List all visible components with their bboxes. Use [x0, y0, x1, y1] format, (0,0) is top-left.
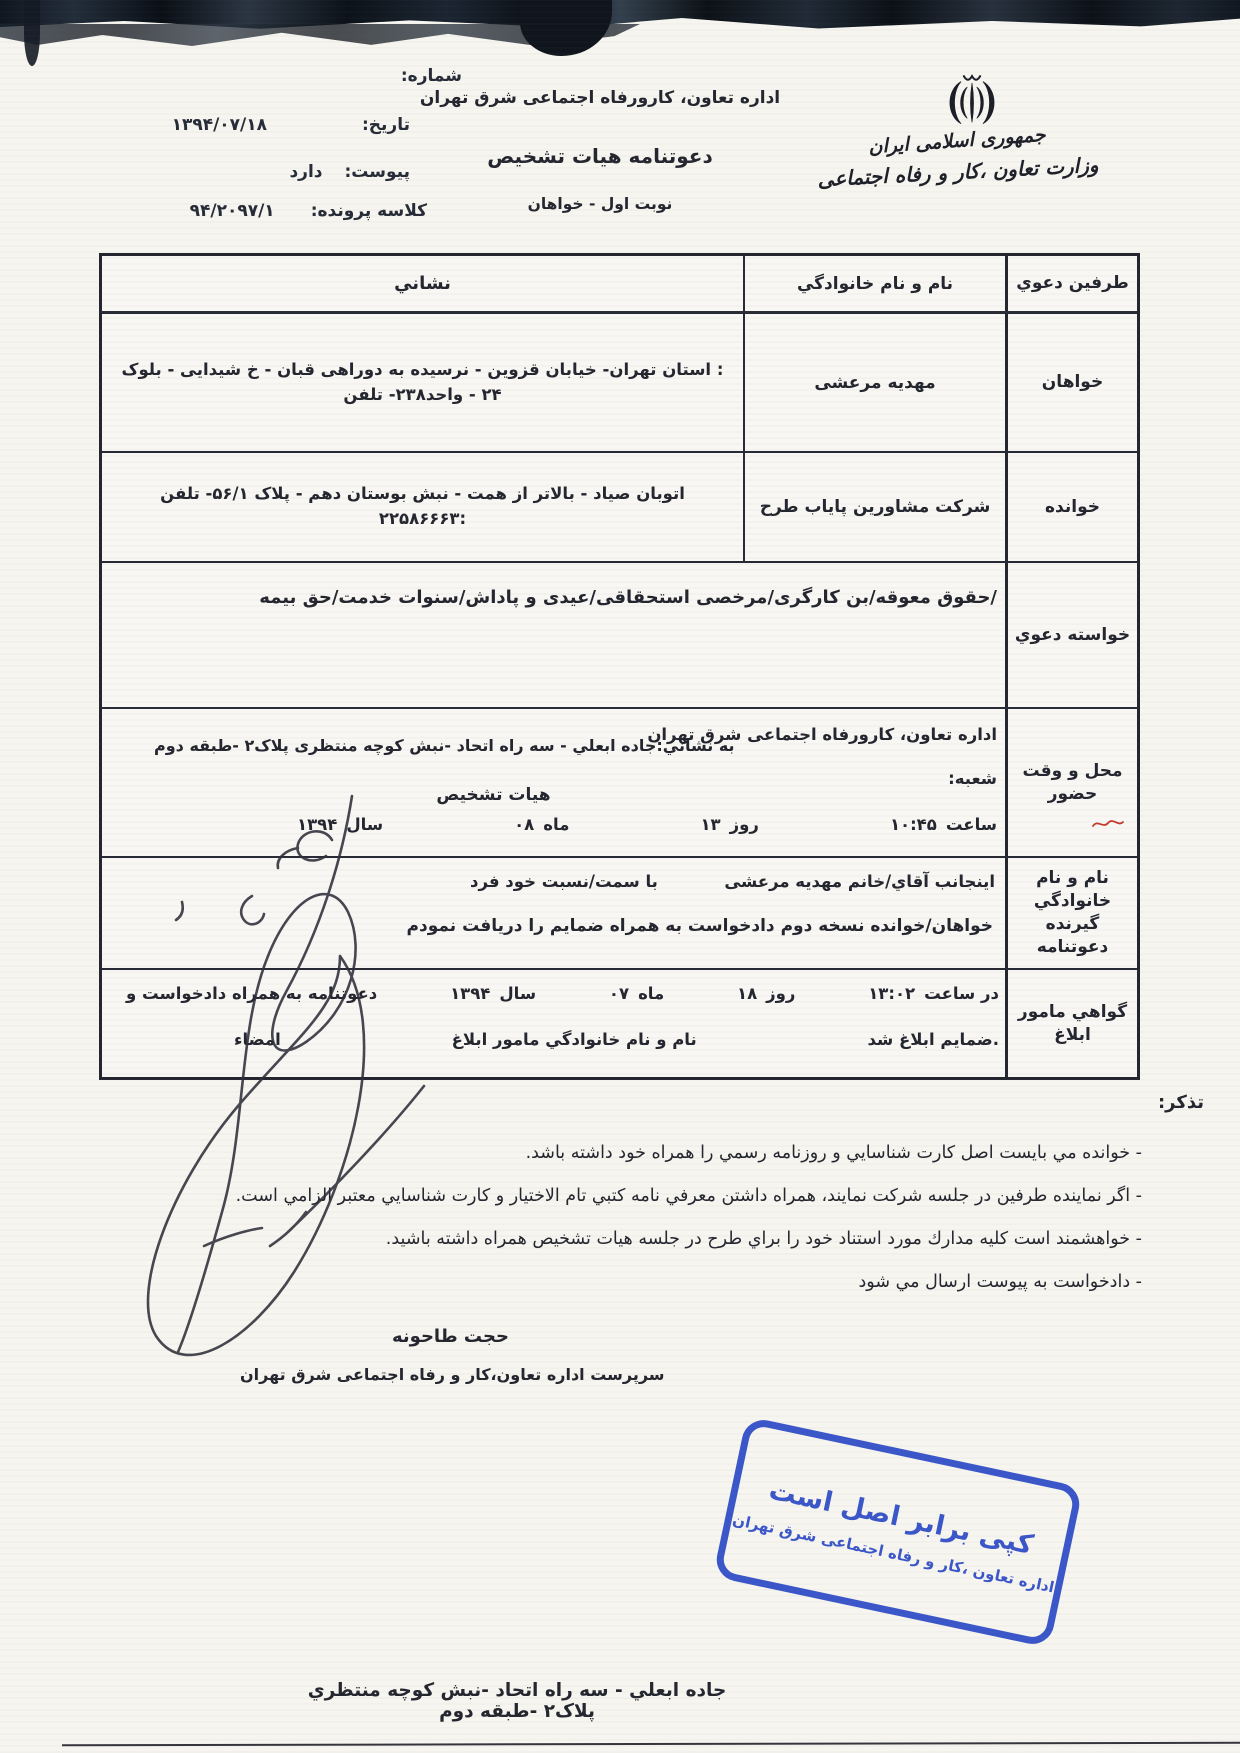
doc-date-label: تاریخ:	[362, 115, 410, 135]
session-day-value: ۱۳	[700, 815, 720, 834]
officer-month-label: ماه	[638, 984, 664, 1003]
doc-date-field: تاریخ: ۱۳۹۴/۰۷/۱۸	[172, 115, 410, 135]
session-month-label: ماه	[543, 815, 569, 834]
receiver-row-label: نام و نام خانوادگي گيرنده دعوتنامه	[1005, 858, 1137, 968]
session-day-label: روز	[730, 815, 759, 834]
note-item: - خواهشمند است کليه مدارك مورد استناد خو…	[82, 1226, 1142, 1253]
officer-year-label: سال	[499, 984, 536, 1003]
officer-row-content: در ساعت ۱۳:۰۲ روز ۱۸ ماه ۰۷ سال ۱۳۹۴	[102, 970, 1005, 1077]
session-year-label: سال	[346, 815, 383, 834]
doc-date-value: ۱۳۹۴/۰۷/۱۸	[172, 115, 267, 135]
claim-row-content: /حقوق معوقه/بن کارگری/مرخصی استحقاقی/عید…	[102, 563, 1005, 707]
receiver-row-content: اینجانب آقاي/خانم مهدیه مرعشی با سمت/نسب…	[102, 858, 1005, 968]
officer-time-value: ۱۳:۰۲	[868, 984, 915, 1003]
officer-name-caption: نام و نام خانوادگي مامور ابلاغ	[452, 1030, 697, 1049]
officer-time-pair: در ساعت ۱۳:۰۲	[868, 984, 999, 1003]
claimant-row-content: مهدیه مرعشی : استان تهران- خیابان قزوین …	[102, 314, 1005, 451]
session-row-content: اداره تعاون، کارورفاه اجتماعی شرق تهران …	[102, 709, 1005, 856]
note-item: - اگر نماينده طرفين در جلسه شرکت نمايند،…	[82, 1183, 1142, 1210]
summons-table: طرفین دعوي نام و نام خانوادگي نشاني خواه…	[99, 253, 1140, 1080]
scanned-document-page: شماره: تاریخ: ۱۳۹۴/۰۷/۱۸ پیوست: دارد کلا…	[0, 0, 1240, 1753]
respondent-row-content: شرکت مشاورین پایاب طرح اتوبان صیاد - بال…	[102, 453, 1005, 561]
claim-row-label: خواسته دعوي	[1005, 563, 1137, 707]
respondent-address: اتوبان صیاد - بالاتر از همت - نبش بوستان…	[102, 453, 743, 561]
doc-case-field: کلاسه پرونده: ۹۴/۲۰۹۷/۱	[190, 201, 427, 221]
notes-heading: تذکر:	[1158, 1092, 1204, 1113]
officer-month-pair: ماه ۰۷	[609, 984, 664, 1003]
receiver-role-phrase: با سمت/نسبت خود فرد	[470, 872, 658, 891]
session-month-pair: ماه ۰۸	[514, 815, 569, 834]
officer-row-label: گواهي مامور ابلاغ	[1005, 970, 1137, 1077]
issuing-office-line: اداره تعاون، کارورفاه اجتماعی شرق تهران	[398, 88, 802, 108]
respondent-row: خوانده شرکت مشاورین پایاب طرح اتوبان صیا…	[102, 451, 1137, 561]
notes-list: - خوانده مي بايست اصل کارت شناسايي و روز…	[82, 1140, 1142, 1297]
officer-month-value: ۰۷	[609, 984, 629, 1003]
session-datetime-line: ساعت ۱۰:۴۵ روز ۱۳ ماه ۰۸ سال ۱۳۹۴	[102, 815, 1005, 834]
claimant-row-label: خواهان	[1005, 314, 1137, 451]
respondent-row-label: خوانده	[1005, 453, 1137, 561]
receiver-name-phrase: اینجانب آقاي/خانم مهدیه مرعشی	[724, 872, 995, 891]
session-month-value: ۰۸	[514, 815, 534, 834]
col-name-header: نام و نام خانوادگي	[743, 256, 1005, 311]
session-year-value: ۱۳۹۴	[297, 815, 337, 834]
session-day-pair: روز ۱۳	[700, 815, 758, 834]
claim-text: /حقوق معوقه/بن کارگری/مرخصی استحقاقی/عید…	[122, 587, 997, 608]
session-time-label: ساعت	[946, 815, 997, 834]
signatory-name: حجت طاحونه	[392, 1326, 509, 1347]
session-branch-label: شعبه:	[948, 769, 997, 788]
session-row: محل و وقت حضور اداره تعاون، کارورفاه اجت…	[102, 707, 1137, 856]
doc-attachment-field: پیوست: دارد	[289, 162, 410, 182]
session-year-pair: سال ۱۳۹۴	[297, 815, 383, 834]
officer-tail-phrase: دعوتنامه به همراه دادخواست و	[126, 984, 377, 1003]
col-address-header: نشاني	[102, 256, 743, 311]
officer-row: گواهي مامور ابلاغ در ساعت ۱۳:۰۲ روز ۱۸ م…	[102, 968, 1137, 1077]
officer-year-pair: سال ۱۳۹۴	[450, 984, 536, 1003]
session-address-note: به نشاني:جاده ابعلي - سه راه اتحاد -نبش …	[154, 736, 735, 755]
receiver-line1: اینجانب آقاي/خانم مهدیه مرعشی با سمت/نسب…	[102, 872, 1005, 891]
officer-day-label: روز	[766, 984, 795, 1003]
session-time-value: ۱۰:۴۵	[890, 815, 937, 834]
claimant-row: خواهان مهدیه مرعشی : استان تهران- خیابان…	[102, 312, 1137, 451]
certified-copy-stamp: کپی برابر اصل است اداره تعاون ،کار و رفا…	[713, 1416, 1084, 1648]
officer-line2: .ضمایم ابلاغ شد نام و نام خانوادگي مامور…	[102, 1030, 1005, 1049]
doc-number-label: شماره:	[401, 66, 462, 86]
scanner-artifact-corner-streak	[24, 0, 40, 66]
table-header-content: نام و نام خانوادگي نشاني	[102, 256, 1005, 311]
claim-row: خواسته دعوي /حقوق معوقه/بن کارگری/مرخصی …	[102, 561, 1137, 707]
document-title: دعوتنامه هیات تشخیص	[398, 144, 802, 168]
officer-served-statement: .ضمایم ابلاغ شد	[867, 1030, 999, 1049]
session-row-label-text: محل و وقت حضور	[1014, 760, 1131, 806]
officer-line1: در ساعت ۱۳:۰۲ روز ۱۸ ماه ۰۷ سال ۱۳۹۴	[102, 984, 1005, 1003]
document-subtitle: نوبت اول - خواهان	[398, 195, 802, 213]
officer-day-value: ۱۸	[737, 984, 757, 1003]
receiver-receipt-statement: خواهان/خوانده نسخه دوم دادخواست به همراه…	[407, 916, 993, 936]
scanner-artifact-blob	[520, 0, 612, 56]
col-parties-header: طرفین دعوي	[1005, 256, 1137, 311]
officer-day-pair: روز ۱۸	[737, 984, 795, 1003]
respondent-name: شرکت مشاورین پایاب طرح	[743, 453, 1005, 561]
session-board-name: هیات تشخیص	[102, 785, 885, 805]
doc-number-field: شماره:	[401, 66, 462, 86]
scanner-artifact-bottom-line	[62, 1742, 1240, 1746]
note-item: - خوانده مي بايست اصل کارت شناسايي و روز…	[82, 1140, 1142, 1167]
session-row-label: محل و وقت حضور	[1005, 709, 1137, 856]
session-time-pair: ساعت ۱۰:۴۵	[890, 815, 997, 834]
signatory-title: سرپرست اداره تعاون،کار و رفاه اجتماعی شر…	[240, 1365, 665, 1384]
receiver-row: نام و نام خانوادگي گيرنده دعوتنامه اینجا…	[102, 856, 1137, 968]
doc-attachment-value: دارد	[289, 162, 322, 182]
table-header-row: طرفین دعوي نام و نام خانوادگي نشاني	[102, 256, 1137, 312]
claimant-name: مهدیه مرعشی	[743, 314, 1005, 451]
officer-signature-caption: امضاء	[234, 1030, 281, 1049]
red-pen-mark	[1091, 818, 1125, 830]
officer-time-label: در ساعت	[924, 984, 999, 1003]
note-item: - دادخواست به پيوست ارسال مي شود	[82, 1269, 1142, 1296]
doc-case-value: ۹۴/۲۰۹۷/۱	[190, 201, 275, 221]
iran-national-emblem-icon	[936, 68, 1008, 136]
officer-year-value: ۱۳۹۴	[450, 984, 490, 1003]
footer-office-address: جاده ابعلي - سه راه اتحاد -نبش کوچه منتظ…	[292, 1680, 742, 1722]
claimant-address: : استان تهران- خیابان قزوین - نرسیده به …	[102, 314, 743, 451]
